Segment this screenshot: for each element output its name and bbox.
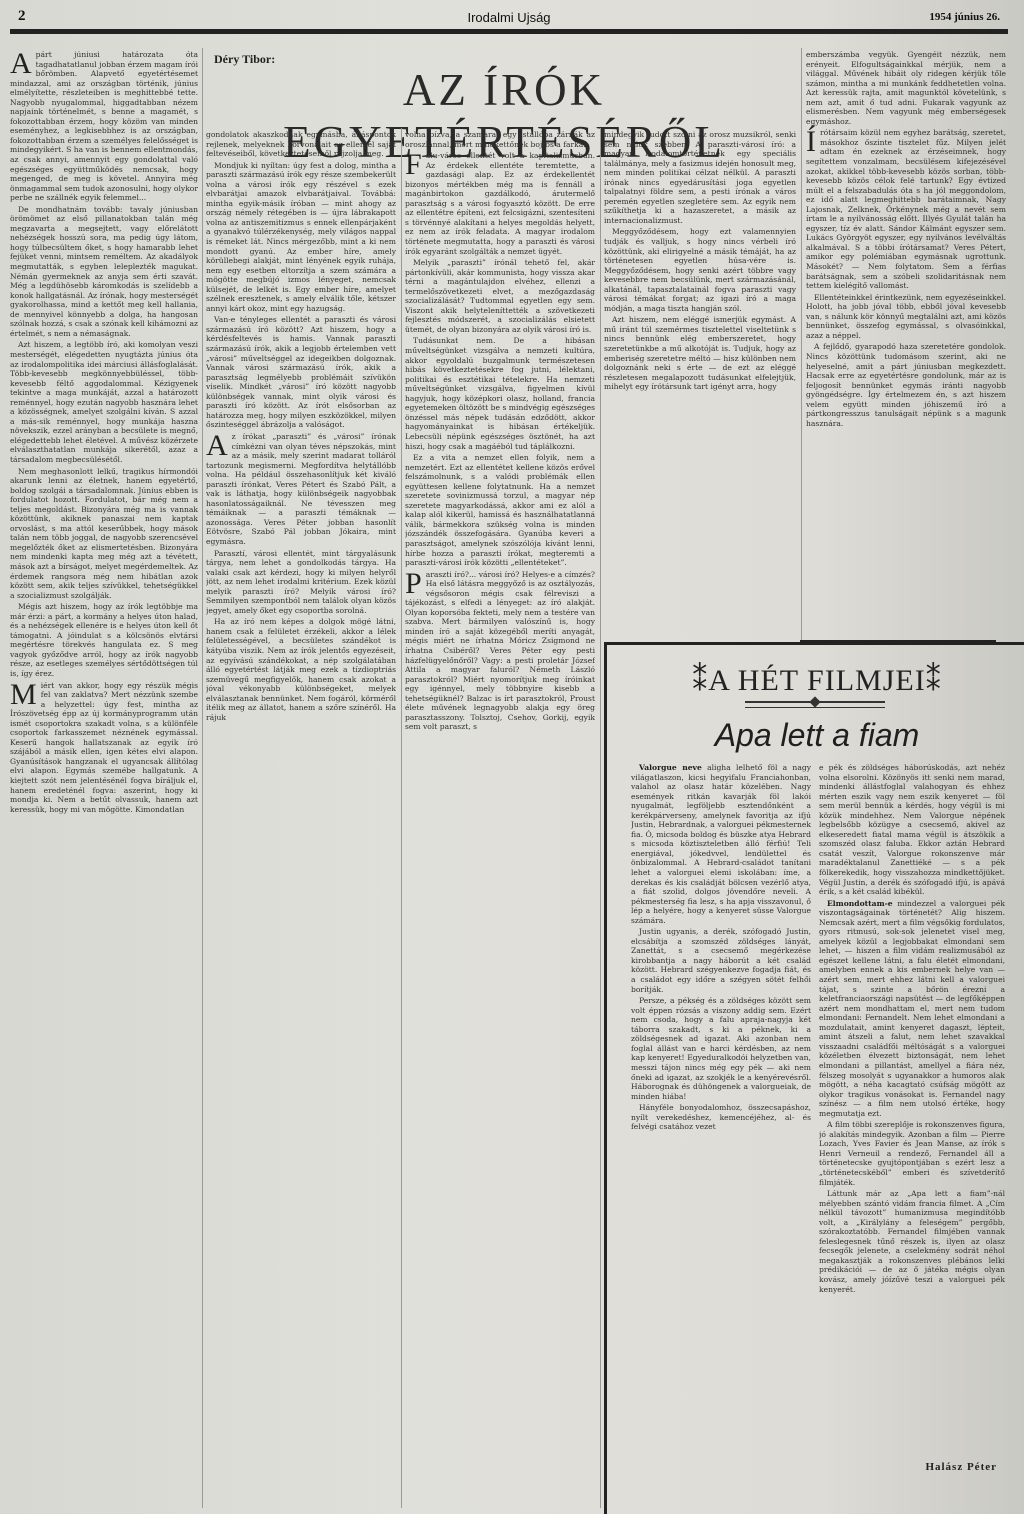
film-title: Apa lett a fiam: [607, 717, 1024, 754]
paragraph: emberszámba vegyük. Gyengéit nézzük, nem…: [806, 50, 1006, 126]
paragraph: A fejlődő, gyarapodó haza szeretetére go…: [806, 342, 1006, 428]
paragraph-text: Ha az író nem képes a dolgok mögé látni,…: [206, 617, 396, 721]
paragraph: mindegyik tudott szólni az orosz muzsikr…: [604, 130, 796, 225]
paragraph-text: emberszámba vegyük. Gyengéit nézzük, nem…: [806, 50, 1006, 126]
film-section-title: ⁑A HÉT FILMJEI⁑: [607, 663, 1024, 698]
paragraph-text: Hányféle bonyodalomhoz, összecsapáshoz, …: [631, 1103, 811, 1131]
paragraph-text: Meggyőződésem, hogy ezt valamennyien tud…: [604, 227, 796, 312]
paragraph: Van-e tényleges ellentét a paraszti és v…: [206, 315, 396, 430]
paragraph-text: gondolatok akaszkodnak egymásba, álláspo…: [206, 130, 396, 158]
paragraph: Hányféle bonyodalomhoz, összecsapáshoz, …: [631, 1103, 811, 1132]
paragraph-text: Van-e tényleges ellentét a paraszti és v…: [206, 315, 396, 429]
article-column-4: mindegyik tudott szólni az orosz muzsikr…: [604, 130, 796, 640]
paragraph: Tudásunkat nem. De a hibásan műveltségün…: [405, 336, 595, 451]
drop-cap: P: [405, 571, 422, 597]
paragraph-text: mindegyik tudott szólni az orosz muzsikr…: [604, 130, 796, 225]
paragraph: Ellentéteinkkel érintkezünk, nem egyezés…: [806, 293, 1006, 341]
paragraph: Ez a vita a nemzet ellen folyik, nem a n…: [405, 453, 595, 568]
column-divider: [600, 128, 601, 1508]
paragraph-text: párt júniusi határozata óta tagadhatatla…: [10, 50, 198, 202]
paragraph: Láttunk már az „Apa lett a fiam”-nál mél…: [819, 1189, 1005, 1294]
drop-cap: Í: [806, 129, 816, 155]
drop-cap: A: [10, 51, 32, 77]
paragraph-text: Persze, a pékség és a zöldséges között s…: [631, 996, 811, 1100]
paragraph-text: A fejlődő, gyarapodó haza szeretetére go…: [806, 342, 1006, 427]
article-column-5: emberszámba vegyük. Gyengéit nézzük, nem…: [806, 50, 1006, 640]
column-divider: [202, 48, 203, 1508]
paragraph-text: mindezzel a valorguei pék viszontagságai…: [819, 899, 1005, 1118]
paragraph-text: Parasztí, városi ellentét, mint tárgyalá…: [206, 549, 396, 615]
ornament-left-icon: ⁑: [692, 664, 708, 697]
paragraph-text: Mondjuk ki nyíltan: úgy fest a dolog, mi…: [206, 161, 396, 313]
paragraph-text: Ez a vita a nemzet ellen folyik, nem a n…: [405, 453, 595, 567]
ornament-right-icon: ⁑: [926, 664, 942, 697]
paragraph-text: rótársaim közül nem egyhez barátság, sze…: [806, 128, 1006, 290]
article-column-1: Apárt júniusi határozata óta tagadhatatl…: [10, 50, 198, 1510]
paragraph: Azt hiszem, nem eléggé ismerjük egymást.…: [604, 315, 796, 391]
paragraph-text: Mégis azt hiszem, hogy az írók legtöbbje…: [10, 602, 198, 678]
paragraph-text: aligha lelhető föl a nagy világatlaszon,…: [631, 763, 811, 925]
paragraph: Parasztí, városi ellentét, mint tárgyalá…: [206, 549, 396, 616]
lead-in: Valorgue neve: [639, 763, 702, 772]
masthead-rule: [10, 29, 1008, 34]
paragraph: Mondjuk ki nyíltan: úgy fest a dolog, mi…: [206, 161, 396, 314]
paragraph-text: Justin ugyanis, a derék, szófogadó Justi…: [631, 927, 811, 993]
film-review-box: ⁑A HÉT FILMJEI⁑ Apa lett a fiam Valorgue…: [604, 642, 1024, 1514]
paragraph: Apárt júniusi határozata óta tagadhatatl…: [10, 50, 198, 203]
paragraph: Justin ugyanis, a derék, szófogadó Justi…: [631, 927, 811, 994]
newspaper-page: 2 Irodalmi Ujság 1954 június 26. Déry Ti…: [0, 0, 1024, 1514]
review-signature: Halász Péter: [925, 1461, 997, 1473]
paragraph-text: Ellentéteinkkel érintkezünk, nem egyezés…: [806, 293, 1006, 340]
paragraph-text: Melyik „paraszti” írónál tehető fel, aká…: [405, 258, 595, 334]
paragraph: Ha az író nem képes a dolgok mögé látni,…: [206, 617, 396, 722]
drop-cap: M: [10, 682, 37, 708]
column-divider: [401, 128, 402, 1508]
column-divider: [801, 48, 802, 640]
paragraph-text: iért van akkor, hogy egy részük mégis fe…: [10, 681, 198, 814]
paragraph-text: De mondhatnám tovább: tavaly júniusban ö…: [10, 205, 198, 338]
paragraph: e pék és zöldséges háborúskodás, azt neh…: [819, 763, 1005, 897]
paragraph-text: araszti író?... városi író? Helyes-e a c…: [405, 570, 595, 732]
film-column-1: Valorgue neve aligha lelhető föl a nagy …: [631, 763, 811, 1513]
drop-cap: F: [405, 152, 422, 178]
masthead: 2 Irodalmi Ujság 1954 június 26.: [14, 8, 1004, 30]
paper-name: Irodalmi Ujság: [14, 10, 1004, 25]
paragraph-text: Nem meghasonlott lelkű, tragikus hírmond…: [10, 467, 198, 600]
paragraph: volna bízva, a szamarat egy istállóba zá…: [405, 130, 595, 149]
paragraph-text: Azt hiszem, a legtöbb író, aki komolyan …: [10, 340, 198, 464]
paragraph: Meggyőződésem, hogy ezt valamennyien tud…: [604, 227, 796, 313]
paragraph-text: z írókat „paraszti” és „városi” írónak c…: [206, 432, 396, 546]
paragraph: Paraszti író?... városi író? Helyes-e a …: [405, 570, 595, 732]
paragraph: A film többi szereplője is rokonszenves …: [819, 1120, 1005, 1187]
paragraph-text: e pék és zöldséges háborúskodás, azt neh…: [819, 763, 1005, 896]
film-column-2: e pék és zöldséges háborúskodás, azt neh…: [819, 763, 1005, 1483]
lead-in: Elmondottam-e: [827, 899, 893, 908]
paragraph: Falu-város ellentét volt a kapitalizmusb…: [405, 151, 595, 256]
paragraph: Melyik „paraszti” írónál tehető fel, aká…: [405, 258, 595, 334]
paragraph: Mégis azt hiszem, hogy az írók legtöbbje…: [10, 602, 198, 678]
paragraph: Valorgue neve aligha lelhető föl a nagy …: [631, 763, 811, 925]
paragraph: Azt hiszem, a legtöbb író, aki komolyan …: [10, 340, 198, 464]
paragraph: Elmondottam-e mindezzel a valorguei pék …: [819, 899, 1005, 1119]
paragraph-text: alu-város ellentét volt a kapitalizmusba…: [405, 151, 595, 255]
article-column-3: volna bízva, a szamarat egy istállóba zá…: [405, 130, 595, 1510]
paragraph: Írótársaim közül nem egyhez barátság, sz…: [806, 128, 1006, 290]
issue-date: 1954 június 26.: [929, 11, 1000, 23]
paragraph: De mondhatnám tovább: tavaly júniusban ö…: [10, 205, 198, 339]
drop-cap: A: [206, 433, 228, 459]
paragraph-text: Azt hiszem, nem eléggé ismerjük egymást.…: [604, 315, 796, 391]
paragraph-text: A film többi szereplője is rokonszenves …: [819, 1120, 1005, 1186]
paragraph: Nem meghasonlott lelkű, tragikus hírmond…: [10, 467, 198, 601]
article-column-2: gondolatok akaszkodnak egymásba, álláspo…: [206, 130, 396, 1510]
paragraph-text: Tudásunkat nem. De a hibásan műveltségün…: [405, 336, 595, 450]
paragraph: gondolatok akaszkodnak egymásba, álláspo…: [206, 130, 396, 159]
paragraph: Az írókat „paraszti” és „városi” írónak …: [206, 432, 396, 547]
paragraph: Miért van akkor, hogy egy részük mégis f…: [10, 681, 198, 815]
paragraph: Persze, a pékség és a zöldséges között s…: [631, 996, 811, 1101]
paragraph-text: Láttunk már az „Apa lett a fiam”-nál mél…: [819, 1189, 1005, 1293]
paragraph-text: volna bízva, a szamarat egy istállóba zá…: [405, 130, 595, 149]
